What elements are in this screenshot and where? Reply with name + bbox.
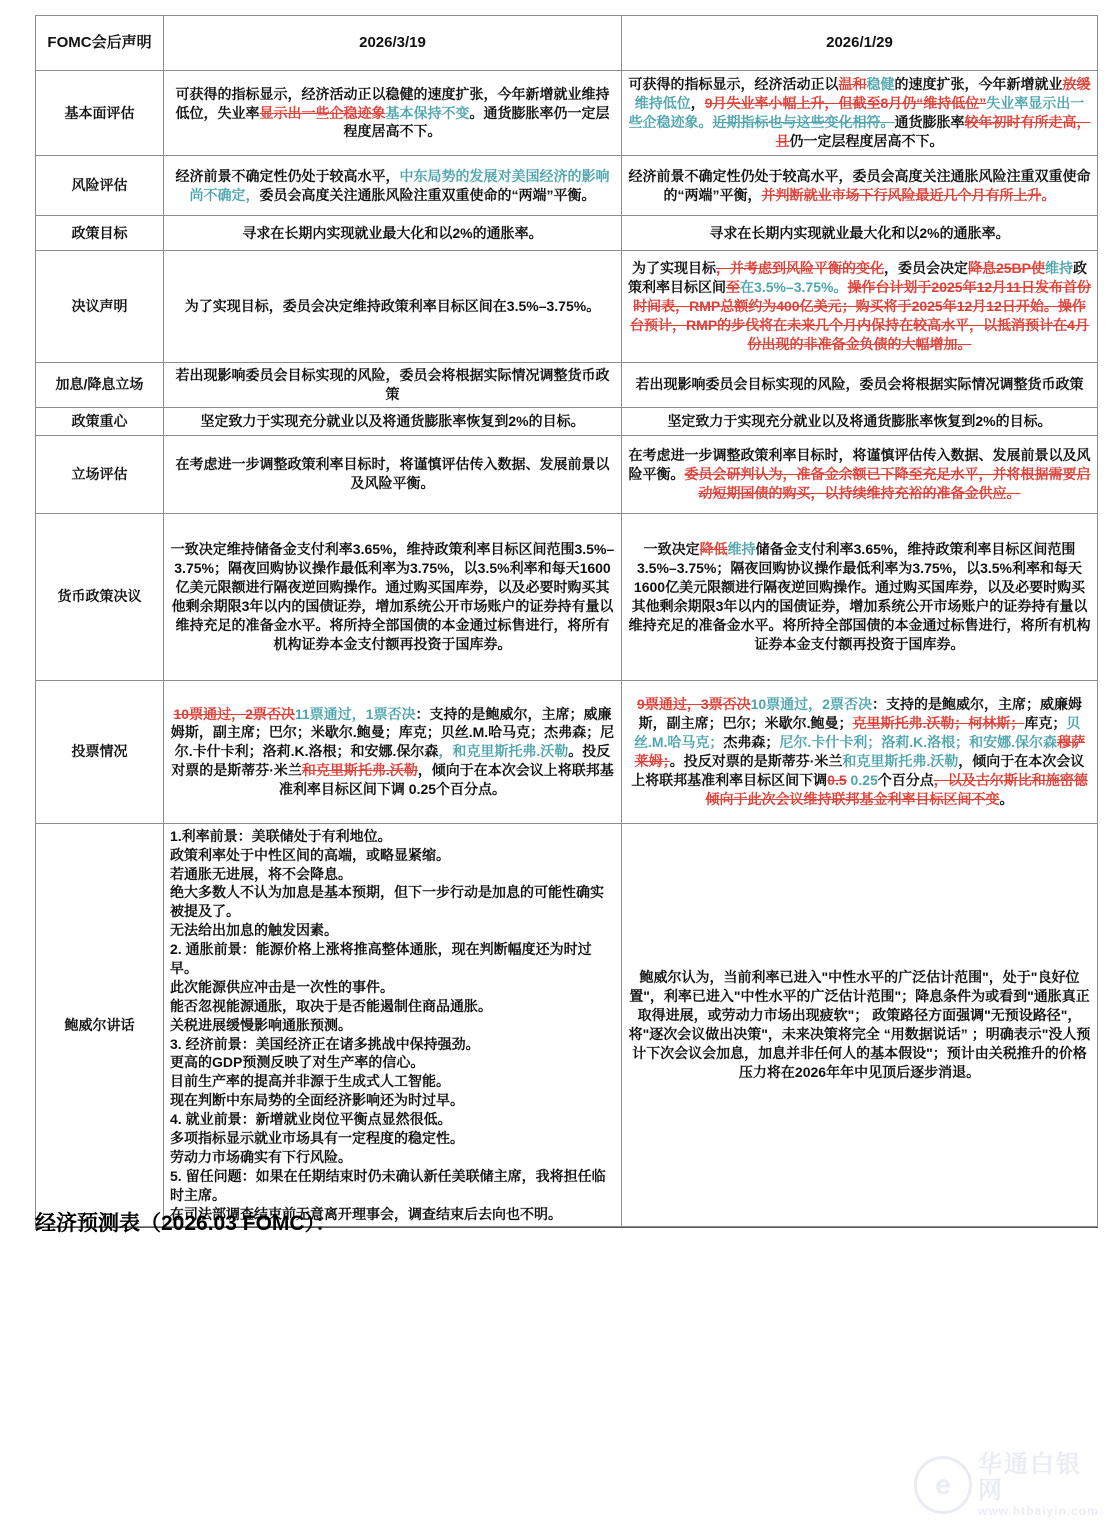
text-segment: 尼尔.卡什卡利；洛莉.K.洛根；和安娜.保尔森 bbox=[779, 734, 1057, 750]
cell-text: 若出现影响委员会目标实现的风险，委员会将根据实际情况调整货币政策 bbox=[636, 375, 1084, 394]
text-segment: 的速度扩张，今年新增就业 bbox=[895, 76, 1063, 92]
text-segment: 若出现影响委员会目标实现的风险，委员会将根据实际情况调整货币政策 bbox=[176, 367, 610, 402]
row-label: 政策目标 bbox=[36, 216, 164, 251]
text-segment: 温和 bbox=[839, 76, 867, 92]
cell-2026-3-19: 若出现影响委员会目标实现的风险，委员会将根据实际情况调整货币政策 bbox=[164, 363, 622, 408]
text-segment: 。 bbox=[1000, 791, 1014, 807]
text-segment: 委员会高度关注通胀风险注重双重使命的“两端”平衡。 bbox=[260, 187, 596, 203]
text-segment: 维持低位 bbox=[635, 95, 691, 111]
text-segment: 在考虑进一步调整政策利率目标时，将谨慎评估传入数据、发展前景以及风险平衡。 bbox=[176, 456, 610, 491]
cell-text: 若出现影响委员会目标实现的风险，委员会将根据实际情况调整货币政策 bbox=[170, 366, 615, 404]
cell-text: 为了实现目标，委员会决定维持政策利率目标区间在3.5%–3.75%。 bbox=[185, 297, 600, 316]
text-segment: 11票通过，1票否决 bbox=[295, 706, 416, 722]
header-date-col1: 2026/3/19 bbox=[164, 16, 622, 71]
table-row: 基本面评估可获得的指标显示，经济活动正以稳健的速度扩张，今年新增就业维持低位，失… bbox=[36, 71, 1098, 156]
text-segment: 和克里斯托弗.沃勒 bbox=[842, 753, 958, 769]
text-segment: 并判断就业市场下行风险最近几个月有所上升 bbox=[762, 187, 1042, 203]
cell-2026-3-19: 10票通过，2票否决11票通过，1票否决：支持的是鲍威尔，主席；威廉姆斯，副主席… bbox=[164, 681, 622, 824]
row-label: 投票情况 bbox=[36, 681, 164, 824]
row-label: 决议声明 bbox=[36, 251, 164, 363]
watermark-site-name: 华通白银网 bbox=[978, 1452, 1104, 1505]
text-segment: 降息25BP使 bbox=[968, 260, 1045, 276]
text-segment: ，和克里斯托弗.沃勒 bbox=[438, 743, 568, 759]
text-segment: 维持 bbox=[1045, 260, 1073, 276]
cell-text: 鲍威尔认为，当前利率已进入"中性水平的广泛估计范围"，处于"良好位置"，利率已进… bbox=[628, 968, 1091, 1081]
cell-text: 10票通过，2票否决11票通过，1票否决：支持的是鲍威尔，主席；威廉姆斯，副主席… bbox=[170, 705, 615, 799]
table-row: 鲍威尔讲话1.利率前景：美联储处于有利地位。 政策利率处于中性区间的高端，或略显… bbox=[36, 824, 1098, 1228]
table-row: 政策目标寻求在长期内实现就业最大化和以2%的通胀率。寻求在长期内实现就业最大化和… bbox=[36, 216, 1098, 251]
text-segment: 9月失业率小幅上升，但截至8月仍“维持低位” bbox=[705, 95, 987, 111]
text-segment: 维持 bbox=[728, 541, 756, 557]
table-row: 货币政策决议一致决定维持储备金支付利率3.65%，维持政策利率目标区间范围3.5… bbox=[36, 514, 1098, 681]
cell-2026-1-29: 可获得的指标显示，经济活动正以温和稳健的速度扩张，今年新增就业放缓维持低位，9月… bbox=[622, 71, 1098, 156]
fomc-statement-comparison-table: FOMC会后声明2026/3/192026/1/29基本面评估可获得的指标显示，… bbox=[35, 15, 1098, 1228]
text-segment: 坚定致力于实现充分就业以及将通货膨胀率恢复到2%的目标。 bbox=[667, 413, 1051, 429]
text-segment: 仍一定层程度居高不下。 bbox=[790, 133, 944, 149]
text-segment: 库克； bbox=[1024, 715, 1066, 731]
text-segment: 坚定致力于实现充分就业以及将通货膨胀率恢复到2%的目标。 bbox=[200, 413, 584, 429]
cell-text: 1.利率前景：美联储处于有利地位。 政策利率处于中性区间的高端，或略显紧缩。 若… bbox=[170, 827, 615, 1224]
cell-2026-3-19: 为了实现目标，委员会决定维持政策利率目标区间在3.5%–3.75%。 bbox=[164, 251, 622, 363]
text-segment: 和克里斯托弗.沃勒 bbox=[302, 762, 418, 778]
text-segment: 为了实现目标 bbox=[632, 260, 716, 276]
cell-2026-3-19: 可获得的指标显示，经济活动正以稳健的速度扩张，今年新增就业维持低位，失业率显示出… bbox=[164, 71, 622, 156]
text-segment: ，委员会决定 bbox=[884, 260, 968, 276]
text-segment: 为了实现目标，委员会决定维持政策利率目标区间在3.5%–3.75%。 bbox=[185, 298, 600, 314]
cell-text: 可获得的指标显示，经济活动正以温和稳健的速度扩张，今年新增就业放缓维持低位，9月… bbox=[628, 75, 1091, 151]
text-segment: 个百分点 bbox=[878, 772, 934, 788]
text-segment: 在3.5%–3.75%。 bbox=[740, 279, 847, 295]
cell-2026-1-29: 经济前景不确定性仍处于较高水平，委员会高度关注通胀风险注重双重使命的“两端”平衡… bbox=[622, 156, 1098, 216]
cell-text: 在考虑进一步调整政策利率目标时，将谨慎评估传入数据、发展前景以及风险平衡。 bbox=[170, 455, 615, 493]
cell-2026-3-19: 一致决定维持储备金支付利率3.65%，维持政策利率目标区间范围3.5%–3.75… bbox=[164, 514, 622, 681]
text-segment: 1.利率前景：美联储处于有利地位。 政策利率处于中性区间的高端，或略显紧缩。 若… bbox=[170, 828, 606, 1222]
cell-2026-3-19: 坚定致力于实现充分就业以及将通货膨胀率恢复到2%的目标。 bbox=[164, 408, 622, 436]
cell-2026-1-29: 为了实现目标，并考虑到风险平衡的变化，委员会决定降息25BP使维持政策利率目标区… bbox=[622, 251, 1098, 363]
cell-2026-3-19: 寻求在长期内实现就业最大化和以2%的通胀率。 bbox=[164, 216, 622, 251]
text-segment: 寻求在长期内实现就业最大化和以2%的通胀率。 bbox=[242, 225, 542, 241]
cell-2026-3-19: 1.利率前景：美联储处于有利地位。 政策利率处于中性区间的高端，或略显紧缩。 若… bbox=[164, 824, 622, 1228]
cell-2026-1-29: 9票通过，3票否决10票通过，2票否决：支持的是鲍威尔，主席；威廉姆斯，副主席；… bbox=[622, 681, 1098, 824]
row-label: 货币政策决议 bbox=[36, 514, 164, 681]
text-segment: 近期指标也与这些变化相符。 bbox=[713, 114, 895, 130]
row-label: 基本面评估 bbox=[36, 71, 164, 156]
table-row: 政策重心坚定致力于实现充分就业以及将通货膨胀率恢复到2%的目标。坚定致力于实现充… bbox=[36, 408, 1098, 436]
cell-text: 9票通过，3票否决10票通过，2票否决：支持的是鲍威尔，主席；威廉姆斯，副主席；… bbox=[628, 695, 1091, 808]
header-date-col2: 2026/1/29 bbox=[622, 16, 1098, 71]
text-segment: 寻求在长期内实现就业最大化和以2%的通胀率。 bbox=[709, 225, 1009, 241]
cell-text: 寻求在长期内实现就业最大化和以2%的通胀率。 bbox=[242, 224, 542, 243]
text-segment: 10票通过，2票否决 bbox=[174, 706, 295, 722]
watermark-site-url: www.htbaiyin.com bbox=[978, 1505, 1104, 1518]
cell-text: 一致决定维持储备金支付利率3.65%，维持政策利率目标区间范围3.5%–3.75… bbox=[170, 540, 615, 653]
cell-text: 可获得的指标显示，经济活动正以稳健的速度扩张，今年新增就业维持低位，失业率显示出… bbox=[170, 85, 615, 142]
watermark: e 华通白银网 www.htbaiyin.com bbox=[914, 1456, 1104, 1514]
cell-text: 寻求在长期内实现就业最大化和以2%的通胀率。 bbox=[709, 224, 1009, 243]
text-segment: ， bbox=[691, 95, 705, 111]
table-row: 投票情况10票通过，2票否决11票通过，1票否决：支持的是鲍威尔，主席；威廉姆斯… bbox=[36, 681, 1098, 824]
row-label: 政策重心 bbox=[36, 408, 164, 436]
text-segment: 鲍威尔认为，当前利率已进入"中性水平的广泛估计范围"，处于"良好位置"，利率已进… bbox=[629, 969, 1091, 1079]
text-segment: 10票通过，2票否决 bbox=[751, 696, 872, 712]
text-segment: 9票通过，3票否决 bbox=[637, 696, 751, 712]
cell-2026-1-29: 坚定致力于实现充分就业以及将通货膨胀率恢复到2%的目标。 bbox=[622, 408, 1098, 436]
cell-text: 在考虑进一步调整政策利率目标时，将谨慎评估传入数据、发展前景以及风险平衡。委员会… bbox=[628, 446, 1091, 503]
table-row: 立场评估在考虑进一步调整政策利率目标时，将谨慎评估传入数据、发展前景以及风险平衡… bbox=[36, 436, 1098, 514]
cell-text: 经济前景不确定性仍处于较高水平，中东局势的发展对美国经济的影响尚不确定，委员会高… bbox=[170, 167, 615, 205]
text-segment: 可获得的指标显示，经济活动正以 bbox=[629, 76, 839, 92]
text-segment: 杰弗森； bbox=[723, 734, 779, 750]
cell-text: 坚定致力于实现充分就业以及将通货膨胀率恢复到2%的目标。 bbox=[200, 412, 584, 431]
cell-2026-1-29: 寻求在长期内实现就业最大化和以2%的通胀率。 bbox=[622, 216, 1098, 251]
watermark-logo-icon: e bbox=[914, 1456, 972, 1514]
text-segment: 稳健 bbox=[867, 76, 895, 92]
text-segment: 基本保持不变 bbox=[386, 105, 470, 121]
table-row: 风险评估经济前景不确定性仍处于较高水平，中东局势的发展对美国经济的影响尚不确定，… bbox=[36, 156, 1098, 216]
row-label: 鲍威尔讲话 bbox=[36, 824, 164, 1228]
cell-text: 坚定致力于实现充分就业以及将通货膨胀率恢复到2%的目标。 bbox=[667, 412, 1051, 431]
cell-text: 经济前景不确定性仍处于较高水平，委员会高度关注通胀风险注重双重使命的“两端”平衡… bbox=[628, 167, 1091, 205]
text-segment: 0.25 bbox=[847, 772, 878, 788]
text-segment: 一致决定维持储备金支付利率3.65%，维持政策利率目标区间范围3.5%–3.75… bbox=[171, 541, 614, 651]
cell-text: 为了实现目标，并考虑到风险平衡的变化，委员会决定降息25BP使维持政策利率目标区… bbox=[628, 259, 1091, 353]
header-label: FOMC会后声明 bbox=[36, 16, 164, 71]
economic-projections-title: 经济预测表（2026.03 FOMC）： bbox=[35, 1207, 336, 1237]
table-header-row: FOMC会后声明2026/3/192026/1/29 bbox=[36, 16, 1098, 71]
cell-2026-3-19: 经济前景不确定性仍处于较高水平，中东局势的发展对美国经济的影响尚不确定，委员会高… bbox=[164, 156, 622, 216]
cell-2026-1-29: 若出现影响委员会目标实现的风险，委员会将根据实际情况调整货币政策 bbox=[622, 363, 1098, 408]
text-segment: 至 bbox=[726, 279, 740, 295]
text-segment: 克里斯托弗.沃勒；柯林斯； bbox=[853, 715, 1025, 731]
text-segment: 放缓 bbox=[1063, 76, 1091, 92]
text-segment: ，并考虑到风险平衡的变化 bbox=[716, 260, 884, 276]
text-segment: 通货膨胀率 bbox=[895, 114, 965, 130]
row-label: 加息/降息立场 bbox=[36, 363, 164, 408]
text-segment: 。投反对票的是斯蒂芬·米兰 bbox=[670, 753, 843, 769]
cell-2026-3-19: 在考虑进一步调整政策利率目标时，将谨慎评估传入数据、发展前景以及风险平衡。 bbox=[164, 436, 622, 514]
text-segment: 储备金支付利率3.65%，维持政策利率目标区间范围3.5%–3.75%；隔夜回购… bbox=[629, 541, 1091, 651]
row-label: 立场评估 bbox=[36, 436, 164, 514]
text-segment: 委员会研判认为，准备金余额已下降至充足水平，并将根据需要启动短期国债的购买，以持… bbox=[685, 466, 1091, 501]
text-segment: 一致决定 bbox=[644, 541, 700, 557]
text-segment: 降低 bbox=[700, 541, 728, 557]
cell-text: 一致决定降低维持储备金支付利率3.65%，维持政策利率目标区间范围3.5%–3.… bbox=[628, 540, 1091, 653]
text-segment: 显示出一些企稳迹象 bbox=[260, 105, 386, 121]
cell-2026-1-29: 一致决定降低维持储备金支付利率3.65%，维持政策利率目标区间范围3.5%–3.… bbox=[622, 514, 1098, 681]
text-segment: 经济前景不确定性仍处于较高水平， bbox=[176, 168, 400, 184]
row-label: 风险评估 bbox=[36, 156, 164, 216]
cell-2026-1-29: 鲍威尔认为，当前利率已进入"中性水平的广泛估计范围"，处于"良好位置"，利率已进… bbox=[622, 824, 1098, 1228]
table-row: 决议声明为了实现目标，委员会决定维持政策利率目标区间在3.5%–3.75%。为了… bbox=[36, 251, 1098, 363]
text-segment: 0.5 bbox=[827, 772, 846, 788]
table-row: 加息/降息立场若出现影响委员会目标实现的风险，委员会将根据实际情况调整货币政策若… bbox=[36, 363, 1098, 408]
text-segment: 若出现影响委员会目标实现的风险，委员会将根据实际情况调整货币政策 bbox=[636, 376, 1084, 392]
text-segment: 。 bbox=[1042, 187, 1056, 203]
cell-2026-1-29: 在考虑进一步调整政策利率目标时，将谨慎评估传入数据、发展前景以及风险平衡。委员会… bbox=[622, 436, 1098, 514]
